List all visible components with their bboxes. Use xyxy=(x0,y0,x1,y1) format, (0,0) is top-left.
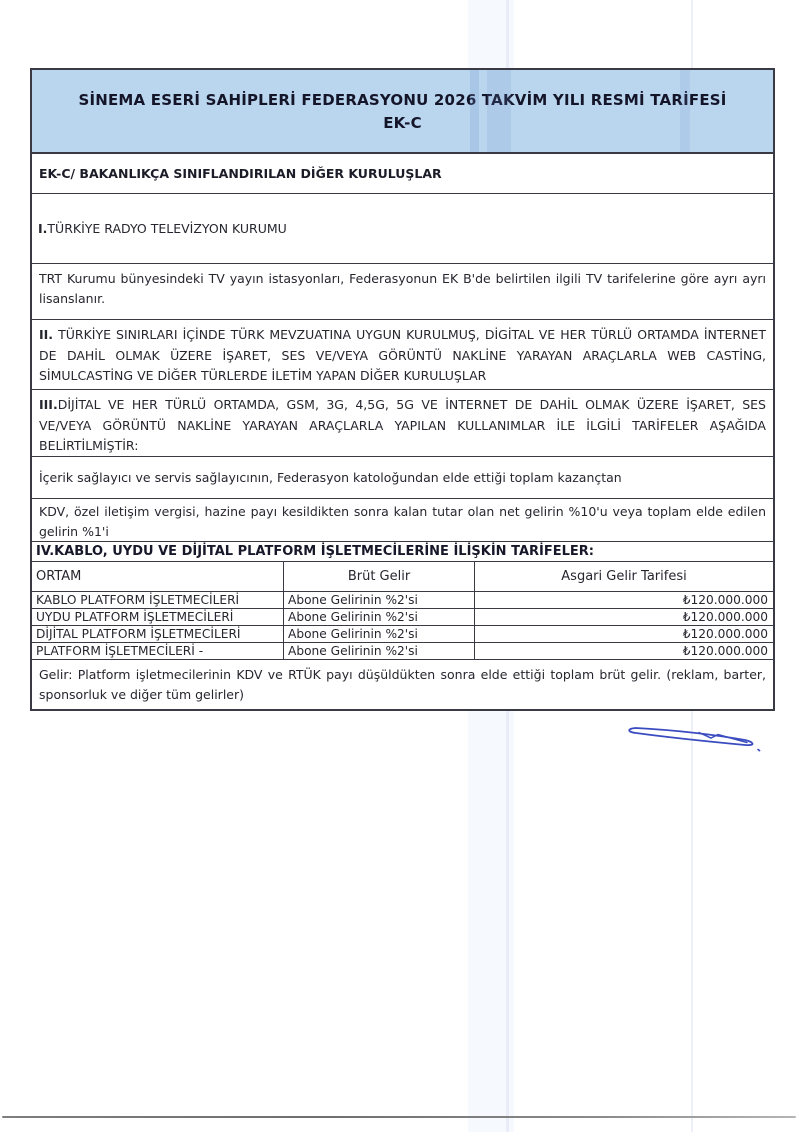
table-cell-ortam: PLATFORM İŞLETMECİLERİ - xyxy=(32,643,284,659)
table-row: KABLO PLATFORM İŞLETMECİLERİ Abone Gelir… xyxy=(32,592,773,609)
trt-note-row: TRT Kurumu bünyesindeki TV yayın istasyo… xyxy=(32,264,773,320)
scanned-document-page: SİNEMA ESERİ SAHİPLERİ FEDERASYONU 2026 … xyxy=(0,0,800,1132)
table-cell-brut: Abone Gelirinin %2'si xyxy=(284,626,475,642)
scanner-streak xyxy=(470,70,479,152)
section-2-row: II. TÜRKİYE SINIRLARI İÇİNDE TÜRK MEVZUA… xyxy=(32,320,773,390)
kdv-note-text: KDV, özel iletişim vergisi, hazine payı … xyxy=(39,504,766,539)
signature-scribble-icon xyxy=(598,702,800,780)
table-cell-ortam: KABLO PLATFORM İŞLETMECİLERİ xyxy=(32,592,284,608)
section-3-row: III.DİJİTAL VE HER TÜRLÜ ORTAMDA, GSM, 3… xyxy=(32,390,773,457)
table-cell-brut: Abone Gelirinin %2'si xyxy=(284,643,475,659)
document-title-line2: EK-C xyxy=(383,114,422,132)
tariff-table-header-asgari: Asgari Gelir Tarifesi xyxy=(475,562,773,591)
table-row: DİJİTAL PLATFORM İŞLETMECİLERİ Abone Gel… xyxy=(32,626,773,643)
document-title-line1: SİNEMA ESERİ SAHİPLERİ FEDERASYONU 2026 … xyxy=(78,91,726,109)
section-1-number: I. xyxy=(38,221,47,236)
section-2-number: II. xyxy=(39,327,53,342)
annex-section-header: EK-C/ BAKANLIKÇA SINIFLANDIRILAN DİĞER K… xyxy=(32,154,773,194)
content-provider-note-row: İçerik sağlayıcı ve servis sağlayıcının,… xyxy=(32,457,773,499)
section-3-number: III. xyxy=(39,397,58,412)
section-1-title: TÜRKİYE RADYO TELEVİZYON KURUMU xyxy=(47,221,286,236)
section-4-header-row: IV.KABLO, UYDU VE DİJİTAL PLATFORM İŞLET… xyxy=(32,542,773,562)
section-2-title: TÜRKİYE SINIRLARI İÇİNDE TÜRK MEVZUATINA… xyxy=(39,327,766,383)
annex-section-header-text: EK-C/ BAKANLIKÇA SINIFLANDIRILAN DİĞER K… xyxy=(39,166,442,181)
scanner-streak xyxy=(680,70,690,152)
tariff-document: SİNEMA ESERİ SAHİPLERİ FEDERASYONU 2026 … xyxy=(30,68,775,711)
scanner-streak xyxy=(487,70,511,152)
tariff-table-header-ortam: ORTAM xyxy=(32,562,284,591)
table-cell-brut: Abone Gelirinin %2'si xyxy=(284,609,475,625)
section-1-row: I.TÜRKİYE RADYO TELEVİZYON KURUMU xyxy=(32,194,773,264)
section-4-title: IV.KABLO, UYDU VE DİJİTAL PLATFORM İŞLET… xyxy=(36,544,594,559)
kdv-note-row: KDV, özel iletişim vergisi, hazine payı … xyxy=(32,499,773,542)
table-row: UYDU PLATFORM İŞLETMECİLERİ Abone Geliri… xyxy=(32,609,773,626)
scan-edge-line xyxy=(2,1116,796,1118)
table-cell-asgari: ₺120.000.000 xyxy=(475,626,773,642)
table-row: PLATFORM İŞLETMECİLERİ - Abone Gelirinin… xyxy=(32,643,773,660)
table-cell-asgari: ₺120.000.000 xyxy=(475,592,773,608)
table-cell-brut: Abone Gelirinin %2'si xyxy=(284,592,475,608)
table-cell-ortam: UYDU PLATFORM İŞLETMECİLERİ xyxy=(32,609,284,625)
tariff-table-header-row: ORTAM Brüt Gelir Asgari Gelir Tarifesi xyxy=(32,562,773,592)
document-title-band: SİNEMA ESERİ SAHİPLERİ FEDERASYONU 2026 … xyxy=(32,70,773,154)
section-3-title: DİJİTAL VE HER TÜRLÜ ORTAMDA, GSM, 3G, 4… xyxy=(39,397,766,453)
table-cell-asgari: ₺120.000.000 xyxy=(475,643,773,659)
content-provider-note-text: İçerik sağlayıcı ve servis sağlayıcının,… xyxy=(39,470,622,485)
table-cell-ortam: DİJİTAL PLATFORM İŞLETMECİLERİ xyxy=(32,626,284,642)
gelir-definition-text: Gelir: Platform işletmecilerinin KDV ve … xyxy=(39,667,766,702)
section-1-text: I.TÜRKİYE RADYO TELEVİZYON KURUMU xyxy=(38,221,287,236)
tariff-table-header-brut: Brüt Gelir xyxy=(284,562,475,591)
table-cell-asgari: ₺120.000.000 xyxy=(475,609,773,625)
trt-note-text: TRT Kurumu bünyesindeki TV yayın istasyo… xyxy=(39,271,766,306)
